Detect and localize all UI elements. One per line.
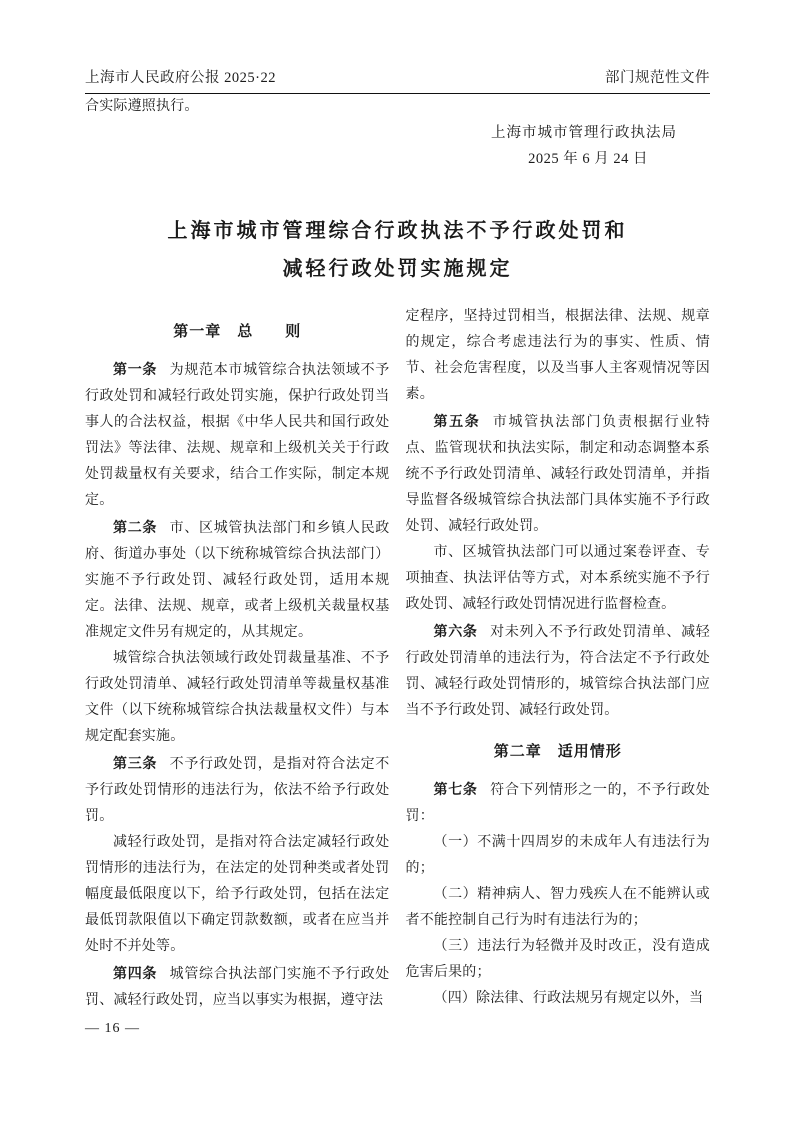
article-7-item-2: （二）精神病人、智力残疾人在不能辨认或者不能控制自己行为时有违法行为的； [406, 882, 711, 934]
article-7-item-4-text: （四）除法律、行政法规另有规定以外，当 [434, 991, 704, 1006]
gazette-page: 上海市人民政府公报 2025·22 部门规范性文件 合实际遵照执行。 上海市城市… [0, 0, 793, 1122]
article-1-text: 为规范本市城管综合执法领域不予行政处罚和减轻行政处罚实施，保护行政处罚当事人的合… [85, 363, 390, 508]
article-4-continuation-text: 定程序，坚持过罚相当，根据法律、法规、规章的规定，综合考虑违法行为的事实、性质、… [406, 309, 711, 402]
article-1-label: 第一条 [113, 361, 157, 377]
article-3-paragraph-2: 减轻行政处罚，是指对符合法定减轻行政处罚情形的违法行为，在法定的处罚种类或者处罚… [85, 830, 390, 960]
issuing-authority: 上海市城市管理行政执法局 [85, 120, 710, 146]
article-7-item-2-text: （二）精神病人、智力残疾人在不能辨认或者不能控制自己行为时有违法行为的； [406, 887, 711, 928]
header-publication-title: 上海市人民政府公报 2025·22 [85, 70, 276, 86]
document-title-line1: 上海市城市管理综合行政执法不予行政处罚和 [85, 212, 710, 250]
header-section-label: 部门规范性文件 [605, 70, 710, 86]
article-2-label: 第二条 [113, 519, 157, 535]
article-2-text: 市、区城管执法部门和乡镇人民政府、街道办事处（以下统称城管综合执法部门）实施不予… [85, 521, 390, 640]
article-3-paragraph-2-text: 减轻行政处罚，是指对符合法定减轻行政处罚情形的违法行为，在法定的处罚种类或者处罚… [85, 835, 390, 954]
article-7-item-3-text: （三）违法行为轻微并及时改正，没有造成危害后果的； [406, 939, 711, 980]
article-5-paragraph: 第五条市城管执法部门负责根据行业特点、监管现状和执法实际，制定和动态调整本系统不… [406, 408, 711, 540]
issue-date: 2025 年 6 月 24 日 [85, 146, 710, 172]
article-5-text: 市城管执法部门负责根据行业特点、监管现状和执法实际，制定和动态调整本系统不予行政… [406, 415, 711, 534]
article-1-paragraph: 第一条为规范本市城管综合执法领域不予行政处罚和减轻行政处罚实施，保护行政处罚当事… [85, 356, 390, 514]
article-2-paragraph-2-text: 城管综合执法领域行政处罚裁量基准、不予行政处罚清单、减轻行政处罚清单等裁量权基准… [85, 651, 390, 744]
article-4-label: 第四条 [113, 965, 157, 981]
left-column: 第一章 总 则 第一条为规范本市城管综合执法领域不予行政处罚和减轻行政处罚实施，… [85, 304, 390, 1014]
right-column: 定程序，坚持过罚相当，根据法律、法规、规章的规定，综合考虑违法行为的事实、性质、… [406, 304, 711, 1014]
previous-document-tail: 合实际遵照执行。 [85, 94, 710, 120]
article-7-label: 第七条 [434, 781, 478, 797]
article-7-item-1: （一）不满十四周岁的未成年人有违法行为的； [406, 830, 711, 882]
article-7-item-1-text: （一）不满十四周岁的未成年人有违法行为的； [406, 835, 711, 876]
document-title: 上海市城市管理综合行政执法不予行政处罚和 减轻行政处罚实施规定 [85, 212, 710, 288]
chapter-1-heading: 第一章 总 则 [85, 304, 390, 356]
article-5-paragraph-2-text: 市、区城管执法部门可以通过案卷评查、专项抽查、执法评估等方式，对本系统实施不予行… [406, 545, 711, 612]
article-4-continuation: 定程序，坚持过罚相当，根据法律、法规、规章的规定，综合考虑违法行为的事实、性质、… [406, 304, 711, 408]
article-6-paragraph: 第六条对未列入不予行政处罚清单、减轻行政处罚清单的违法行为，符合法定不予行政处罚… [406, 618, 711, 724]
article-4-paragraph: 第四条城管综合执法部门实施不予行政处罚、减轻行政处罚，应当以事实为根据，遵守法 [85, 960, 390, 1014]
article-5-paragraph-2: 市、区城管执法部门可以通过案卷评查、专项抽查、执法评估等方式，对本系统实施不予行… [406, 540, 711, 618]
article-5-label: 第五条 [434, 413, 481, 429]
article-7-paragraph: 第七条符合下列情形之一的，不予行政处罚： [406, 776, 711, 830]
article-7-item-4: （四）除法律、行政法规另有规定以外，当 [406, 986, 711, 1012]
page-number: — 16 — [85, 1021, 710, 1037]
article-3-label: 第三条 [113, 755, 157, 771]
article-3-paragraph: 第三条不予行政处罚，是指对符合法定不予行政处罚情形的违法行为，依法不给予行政处罚… [85, 750, 390, 830]
article-2-paragraph: 第二条市、区城管执法部门和乡镇人民政府、街道办事处（以下统称城管综合执法部门）实… [85, 514, 390, 646]
document-title-line2: 减轻行政处罚实施规定 [85, 250, 710, 288]
running-header: 上海市人民政府公报 2025·22 部门规范性文件 [85, 70, 710, 86]
article-7-item-3: （三）违法行为轻微并及时改正，没有造成危害后果的； [406, 934, 711, 986]
article-6-label: 第六条 [434, 623, 478, 639]
article-2-paragraph-2: 城管综合执法领域行政处罚裁量基准、不予行政处罚清单、减轻行政处罚清单等裁量权基准… [85, 646, 390, 750]
two-column-body: 第一章 总 则 第一条为规范本市城管综合执法领域不予行政处罚和减轻行政处罚实施，… [85, 304, 710, 1014]
chapter-2-heading: 第二章 适用情形 [406, 724, 711, 776]
